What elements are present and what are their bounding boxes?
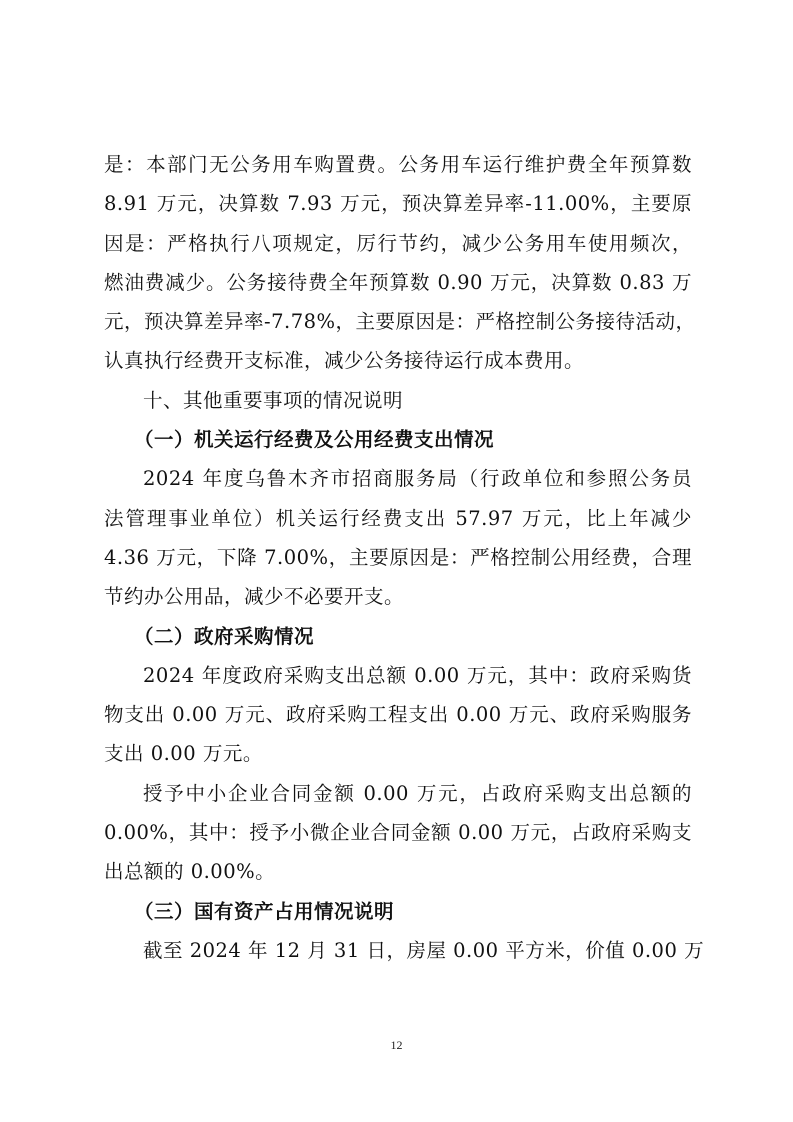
page-number: 12 — [0, 1038, 793, 1053]
document-body: 是：本部门无公务用车购置费。公务用车运行维护费全年预算数 8.91 万元，决算数… — [104, 145, 692, 970]
section-heading: 十、其他重要事项的情况说明 — [104, 381, 692, 420]
paragraph-line: 2024 年度政府采购支出总额 0.00 万元，其中：政府采购货 — [104, 656, 692, 695]
paragraph-line: 截至 2024 年 12 月 31 日，房屋 0.00 平方米，价值 0.00 … — [104, 931, 692, 970]
paragraph-line: 出总额的 0.00%。 — [104, 852, 692, 891]
subsection-heading-procurement: （二）政府采购情况 — [104, 617, 692, 656]
paragraph-line: 元，预决算差异率-7.78%，主要原因是：严格控制公务接待活动， — [104, 302, 692, 341]
paragraph-line: 4.36 万元，下降 7.00%，主要原因是：严格控制公用经费，合理 — [104, 538, 692, 577]
paragraph-line: 物支出 0.00 万元、政府采购工程支出 0.00 万元、政府采购服务 — [104, 695, 692, 734]
subsection-heading-state-assets: （三）国有资产占用情况说明 — [104, 892, 692, 931]
paragraph-line: 认真执行经费开支标准，减少公务接待运行成本费用。 — [104, 341, 692, 380]
document-page: 是：本部门无公务用车购置费。公务用车运行维护费全年预算数 8.91 万元，决算数… — [0, 0, 793, 1122]
paragraph-line: 2024 年度乌鲁木齐市招商服务局（行政单位和参照公务员 — [104, 459, 692, 498]
paragraph-line: 是：本部门无公务用车购置费。公务用车运行维护费全年预算数 — [104, 145, 692, 184]
paragraph-line: 节约办公用品，减少不必要开支。 — [104, 577, 692, 616]
paragraph-line: 因是：严格执行八项规定，厉行节约，减少公务用车使用频次， — [104, 224, 692, 263]
paragraph-line: 支出 0.00 万元。 — [104, 734, 692, 773]
paragraph-line: 0.00%，其中：授予小微企业合同金额 0.00 万元，占政府采购支 — [104, 813, 692, 852]
subsection-heading-operating-expenses: （一）机关运行经费及公用经费支出情况 — [104, 420, 692, 459]
paragraph-line: 授予中小企业合同金额 0.00 万元，占政府采购支出总额的 — [104, 774, 692, 813]
paragraph-line: 8.91 万元，决算数 7.93 万元，预决算差异率-11.00%，主要原 — [104, 184, 692, 223]
paragraph-line: 法管理事业单位）机关运行经费支出 57.97 万元，比上年减少 — [104, 499, 692, 538]
paragraph-line: 燃油费减少。公务接待费全年预算数 0.90 万元，决算数 0.83 万 — [104, 263, 692, 302]
